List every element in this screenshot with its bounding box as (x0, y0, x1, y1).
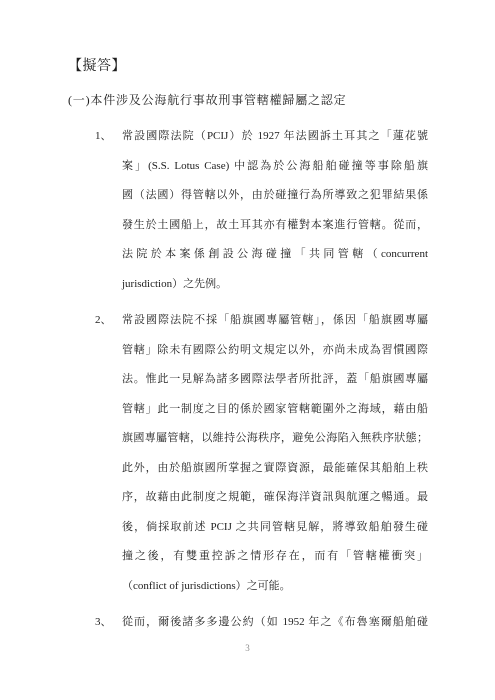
text-line: 案」(S.S. Lotus Case) 中認為於公海船舶碰撞等事除船旗 (122, 152, 428, 182)
list-item: 2、 常設國際法院不採「船旗國專屬管轄」，係因「船旗國專屬 管轄」除未有國際公約… (68, 306, 429, 601)
document-body: 【擬答】 (一)本件涉及公海航行事故刑事管轄權歸屬之認定 1、 常設國際法院（P… (68, 52, 429, 638)
text-line: 管轄」除未有國際公約明文規定以外，亦尚未成為習慣國際 (122, 336, 428, 366)
text-line: 發生於土國船上，故土耳其亦有權對本案進行管轄。從而， (122, 211, 428, 241)
answer-heading: 【擬答】 (68, 52, 429, 82)
list-item: 1、 常設國際法院（PCIJ）於 1927 年法國訴土耳其之「蓮花號 案」(S.… (68, 122, 429, 299)
text-line: 序，故藉由此制度之規範，確保海洋資訊與航運之暢通。最 (122, 483, 428, 513)
item-number: 2、 (95, 306, 122, 601)
list-item: 3、 從而，爾後諸多多邊公約（如 1952 年之《布魯塞爾船舶碰 (68, 608, 429, 638)
document-page: 【擬答】 (一)本件涉及公海航行事故刑事管轄權歸屬之認定 1、 常設國際法院（P… (0, 0, 495, 700)
text-line: 旗國專屬管轄，以維持公海秩序，避免公海陷入無秩序狀態； (122, 424, 428, 454)
text-line: 常設國際法院（PCIJ）於 1927 年法國訴土耳其之「蓮花號 (122, 122, 428, 152)
text-line: jurisdiction）之先例。 (122, 270, 428, 300)
text-line: （conflict of jurisdictions）之可能。 (122, 572, 428, 602)
text-line: 此外，由於船旗國所掌握之實際資源，最能確保其船舶上秩 (122, 454, 428, 484)
text-line: 管轄」此一制度之目的係於國家管轄範圍外之海域，藉由船 (122, 395, 428, 425)
page-number: 3 (0, 643, 495, 653)
text-line: 撞之後，有雙重控訴之情形存在，而有「管轄權衝突」 (122, 542, 428, 572)
item-text: 常設國際法院（PCIJ）於 1927 年法國訴土耳其之「蓮花號 案」(S.S. … (122, 122, 428, 299)
text-line: 常設國際法院不採「船旗國專屬管轄」，係因「船旗國專屬 (122, 306, 428, 336)
text-line: 法院於本案係創設公海碰撞「共同管轄（concurrent (122, 240, 428, 270)
text-line: 後，倘採取前述 PCIJ 之共同管轄見解，將導致船舶發生碰 (122, 513, 428, 543)
item-number: 3、 (95, 608, 122, 638)
item-text: 從而，爾後諸多多邊公約（如 1952 年之《布魯塞爾船舶碰 (122, 608, 428, 638)
text-line: 從而，爾後諸多多邊公約（如 1952 年之《布魯塞爾船舶碰 (122, 608, 428, 638)
item-number: 1、 (95, 122, 122, 299)
section-title: (一)本件涉及公海航行事故刑事管轄權歸屬之認定 (68, 85, 429, 115)
text-line: 國（法國）得管轄以外，由於碰撞行為所導致之犯罪結果係 (122, 181, 428, 211)
item-text: 常設國際法院不採「船旗國專屬管轄」，係因「船旗國專屬 管轄」除未有國際公約明文規… (122, 306, 428, 601)
text-line: 法。惟此一見解為諸多國際法學者所批評，蓋「船旗國專屬 (122, 365, 428, 395)
